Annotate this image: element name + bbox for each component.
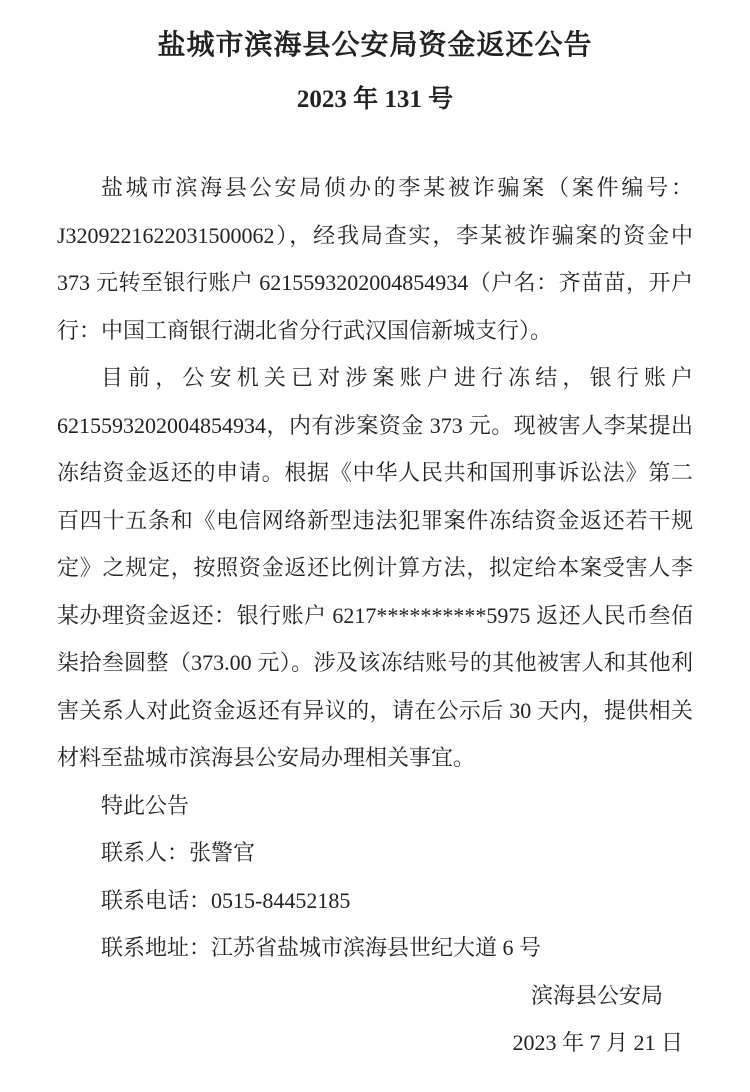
paragraph-hereby-announced: 特此公告 [57,782,693,830]
document-number: 2023 年 131 号 [57,82,693,118]
contact-phone-line: 联系电话：0515-84452185 [57,877,693,925]
notice-document-page: 盐城市滨海县公安局资金返还公告 2023 年 131 号 盐城市滨海县公安局侦办… [0,0,750,1092]
contact-address-line: 联系地址：江苏省盐城市滨海县世纪大道 6 号 [57,924,693,972]
document-body: 盐城市滨海县公安局侦办的李某被诈骗案（案件编号：J320922162203150… [57,164,693,1067]
contact-person-line: 联系人：张警官 [57,829,693,877]
paragraph-case-summary: 盐城市滨海县公安局侦办的李某被诈骗案（案件编号：J320922162203150… [57,164,693,354]
signature-block: 滨海县公安局 2023 年 7 月 21 日 [57,972,693,1067]
signature-date: 2023 年 7 月 21 日 [57,1019,689,1067]
signature-agency: 滨海县公安局 [57,972,689,1020]
paragraph-return-decision: 目前，公安机关已对涉案账户进行冻结，银行账户 62155932020048549… [57,354,693,782]
document-title: 盐城市滨海县公安局资金返还公告 [57,26,693,66]
